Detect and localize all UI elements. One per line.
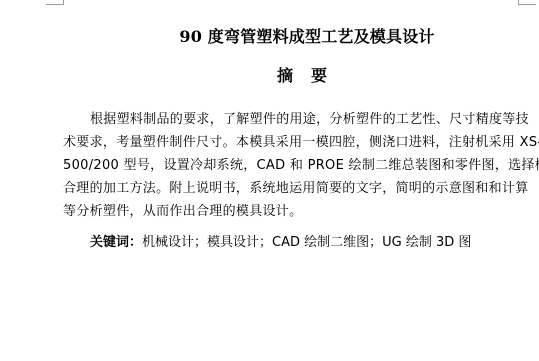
abstract-heading: 摘要 (277, 66, 327, 86)
page-corner-mark-right (518, 0, 536, 5)
abstract-line-5: 等分析塑件，从而作出合理的模具设计。 (63, 200, 518, 223)
abstract-heading-char-1: 摘 (277, 66, 293, 86)
abstract-heading-char-2: 要 (311, 66, 327, 86)
page-corner-mark-left (46, 0, 64, 5)
document-title: 90 度弯管塑料成型工艺及模具设计 (0, 27, 539, 47)
keywords-label: 关键词： (90, 235, 142, 250)
abstract-line-1: 根据塑料制品的要求，了解塑件的用途，分析塑件的工艺性、尺寸精度等技 (63, 108, 518, 131)
abstract-line-3: 500/200 型号，设置冷却系统，CAD 和 PROE 绘制二维总装图和零件图… (63, 154, 518, 177)
keywords-line: 关键词：机械设计；模具设计；CAD 绘制二维图；UG 绘制 3D 图 (90, 234, 471, 252)
document-page: 90 度弯管塑料成型工艺及模具设计 摘要 根据塑料制品的要求，了解塑件的用途，分… (0, 0, 539, 361)
abstract-body: 根据塑料制品的要求，了解塑件的用途，分析塑件的工艺性、尺寸精度等技 术要求，考量… (63, 108, 518, 223)
abstract-line-2: 术要求，考量塑件制件尺寸。本模具采用一模四腔，侧浇口进料，注射机采用 XS-ZY (63, 131, 518, 154)
abstract-line-4: 合理的加工方法。附上说明书，系统地运用简要的文字，简明的示意图和和计算 (63, 177, 518, 200)
keywords-value: 机械设计；模具设计；CAD 绘制二维图；UG 绘制 3D 图 (142, 235, 471, 250)
